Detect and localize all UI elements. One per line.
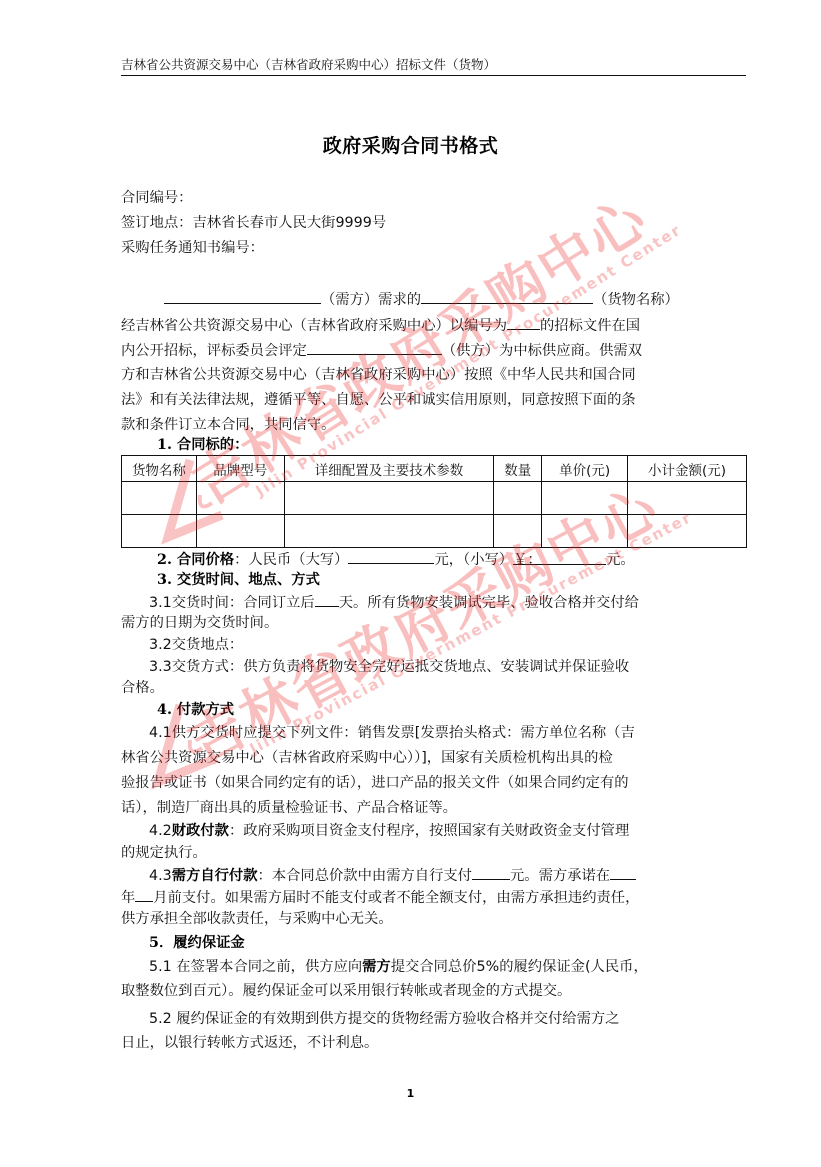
clause-4-3: 4.3需方自行付款：本合同总价款中由需方自行支付元。需方承诺在 <box>149 864 636 887</box>
clause-5-1-cont: 取整数位到百元）。履约保证金可以采用银行转帐或者现金的方式提交。 <box>121 980 571 1002</box>
col-goods-name: 货物名称 <box>122 456 197 482</box>
clause-5-2-cont: 日止，以银行转帐方式返还，不计利息。 <box>121 1032 378 1054</box>
task-notice-number-label: 采购任务通知书编号： <box>121 237 264 259</box>
table-cell[interactable] <box>284 482 494 515</box>
page-title: 政府采购合同书格式 <box>0 131 821 158</box>
table-cell[interactable] <box>284 515 494 548</box>
preamble-line-2: 经吉林省公共资源交易中心（吉林省政府采购中心）以编号为的招标文件在国 <box>121 314 640 337</box>
preamble-line-5: 法》和有关法律法规，遵循平等、自愿、公平和诚实信用原则，同意按照下面的条 <box>121 389 636 411</box>
self-payment-amount-blank[interactable] <box>472 864 510 880</box>
section-4-heading: 4. 付款方式 <box>157 699 234 721</box>
clause-4-1-line-2: 林省公共资源交易中心（吉林省政府采购中心））]，国家有关质检机构出具的检 <box>121 747 613 769</box>
section-1-heading: 1. 合同标的： <box>157 434 248 456</box>
table-cell[interactable] <box>542 482 628 515</box>
payment-year-blank[interactable] <box>610 864 636 880</box>
clause-4-1-line-1: 4.1供方交货时应提交下列文件：销售发票[发票抬头格式：需方单位名称（吉 <box>149 722 635 744</box>
clause-4-3-line-3: 供方承担全部收款责任，与采购中心无关。 <box>121 908 393 930</box>
page-number: 1 <box>0 1087 821 1100</box>
clause-4-1-line-4: 话），制造厂商出具的质量检验证书、产品合格证等。 <box>121 797 457 819</box>
goods-table-header-row: 货物名称 品牌型号 详细配置及主要技术参数 数量 单价(元) 小计金额(元) <box>122 456 747 482</box>
table-cell[interactable] <box>628 482 747 515</box>
running-header: 吉林省公共资源交易中心（吉林省政府采购中心）招标文件（货物） <box>121 56 746 76</box>
goods-name-blank[interactable] <box>421 288 593 304</box>
clause-4-2: 4.2财政付款：政府采购项目资金支付程序，按照国家有关财政资金支付管理 <box>149 820 629 842</box>
section-5-heading: 5．履约保证金 <box>149 932 245 954</box>
sign-place: 签订地点：吉林省长春市人民大街9999号 <box>121 212 386 234</box>
goods-table: 货物名称 品牌型号 详细配置及主要技术参数 数量 单价(元) 小计金额(元) <box>121 455 747 548</box>
table-cell[interactable] <box>122 515 197 548</box>
sign-place-value: 吉林省长春市人民大街9999号 <box>192 215 386 231</box>
col-brand-model: 品牌型号 <box>196 456 284 482</box>
preamble-line-6: 款和条件订立本合同，共同信守。 <box>121 414 335 436</box>
tender-number-blank[interactable] <box>507 314 540 330</box>
clause-4-2-cont: 的规定执行。 <box>121 842 207 864</box>
document-page: 吉林省公共资源交易中心（吉林省政府采购中心）招标文件（货物） 政府采购合同书格式… <box>0 0 821 1167</box>
preamble-line-4: 方和吉林省公共资源交易中心（吉林省政府采购中心）按照《中华人民共和国合同 <box>121 364 636 386</box>
table-cell[interactable] <box>542 515 628 548</box>
col-subtotal: 小计金额(元) <box>628 456 747 482</box>
clause-3-1: 3.1交货时间：合同订立后天。所有货物安装调试完毕、验收合格并交付给 <box>149 591 639 614</box>
table-cell[interactable] <box>494 482 542 515</box>
delivery-days-blank[interactable] <box>315 591 339 607</box>
table-cell[interactable] <box>628 515 747 548</box>
section-2-heading: 2. 合同价格 <box>157 552 234 568</box>
clause-4-3-heading: 需方自行付款 <box>172 868 258 884</box>
clause-4-2-heading: 财政付款 <box>172 823 229 839</box>
clause-4-1-line-3: 验报告或证书（如果合同约定有的话），进口产品的报关文件（如果合同约定有的 <box>121 772 629 794</box>
col-quantity: 数量 <box>494 456 542 482</box>
price-in-figures-blank[interactable]: ￥： <box>513 549 606 565</box>
clause-3-2: 3.2交货地点： <box>149 634 243 656</box>
price-in-words-blank[interactable] <box>348 548 434 564</box>
contract-number-label: 合同编号： <box>121 187 192 209</box>
section-2-price: 2. 合同价格：人民币（大写）元，（小写）￥：元。 <box>157 548 635 571</box>
clause-3-1-cont: 需方的日期为交货时间。 <box>121 612 278 634</box>
buyer-blank[interactable] <box>164 288 321 304</box>
table-row <box>122 515 747 548</box>
col-unit-price: 单价(元) <box>542 456 628 482</box>
clause-5-2: 5.2 履约保证金的有效期到供方提交的货物经需方验收合格并交付给需方之 <box>149 1008 619 1030</box>
supplier-blank[interactable] <box>307 339 442 355</box>
table-cell[interactable] <box>196 515 284 548</box>
payment-month-blank[interactable] <box>135 886 153 902</box>
clause-3-3-cont: 合格。 <box>121 677 164 699</box>
preamble-line-1: （需方）需求的（货物名称） <box>164 288 679 311</box>
table-cell[interactable] <box>494 515 542 548</box>
table-row <box>122 482 747 515</box>
col-spec: 详细配置及主要技术参数 <box>284 456 494 482</box>
section-3-heading: 3. 交货时间、地点、方式 <box>157 569 320 591</box>
table-cell[interactable] <box>122 482 197 515</box>
preamble-line-3: 内公开招标，评标委员会评定（供方）为中标供应商。供需双 <box>121 339 642 362</box>
clause-3-3: 3.3交货方式：供方负责将货物安全完好运抵交货地点、安装调试并保证验收 <box>149 656 629 678</box>
clause-4-3-line-2: 年月前支付。如果需方届时不能支付或者不能全额支付，由需方承担违约责任， <box>121 886 639 909</box>
clause-5-1: 5.1 在签署本合同之前，供方应向需方提交合同总价5%的履约保证金(人民币， <box>149 956 648 978</box>
table-cell[interactable] <box>196 482 284 515</box>
sign-place-label: 签订地点： <box>121 215 192 231</box>
